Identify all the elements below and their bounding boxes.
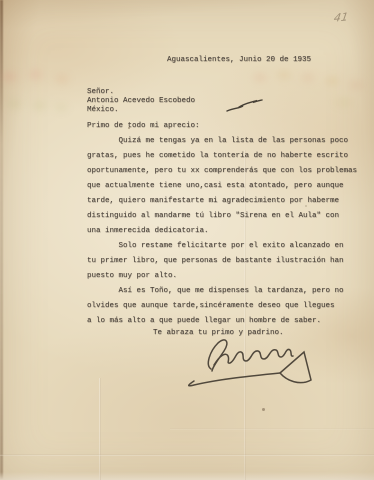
paragraph-2: Solo restame felicitarte por el exito al… bbox=[87, 239, 344, 284]
scanned-letter-page: 41 Aguascalientes, Junio 20 de 1935 Seño… bbox=[0, 0, 374, 480]
scan-edge-shadow bbox=[0, 0, 3, 480]
salutation: Primo de todo mi aprecio: bbox=[87, 119, 200, 134]
paragraph-1: Quizá me tengas ya en la lista de las pe… bbox=[87, 134, 357, 239]
dateline: Aguascalientes, Junio 20 de 1935 bbox=[167, 53, 311, 68]
ink-pen-stroke-icon bbox=[226, 98, 266, 114]
signature-flourish-icon bbox=[180, 333, 325, 389]
bleed-through-stain bbox=[0, 90, 72, 122]
bleed-through-stain bbox=[0, 60, 84, 102]
fold-crease-horizontal bbox=[170, 428, 374, 430]
fold-crease-vertical bbox=[99, 378, 101, 480]
fold-crease-horizontal bbox=[0, 454, 374, 456]
paper-speck bbox=[262, 408, 265, 411]
scan-edge-bottom bbox=[0, 472, 374, 480]
page-number-annotation: 41 bbox=[333, 10, 349, 24]
paragraph-3: Así es Toño, que me dispenses la tardanz… bbox=[87, 284, 344, 329]
recipient-block: Señor. Antonio Acevedo Escobedo México. bbox=[87, 88, 195, 116]
